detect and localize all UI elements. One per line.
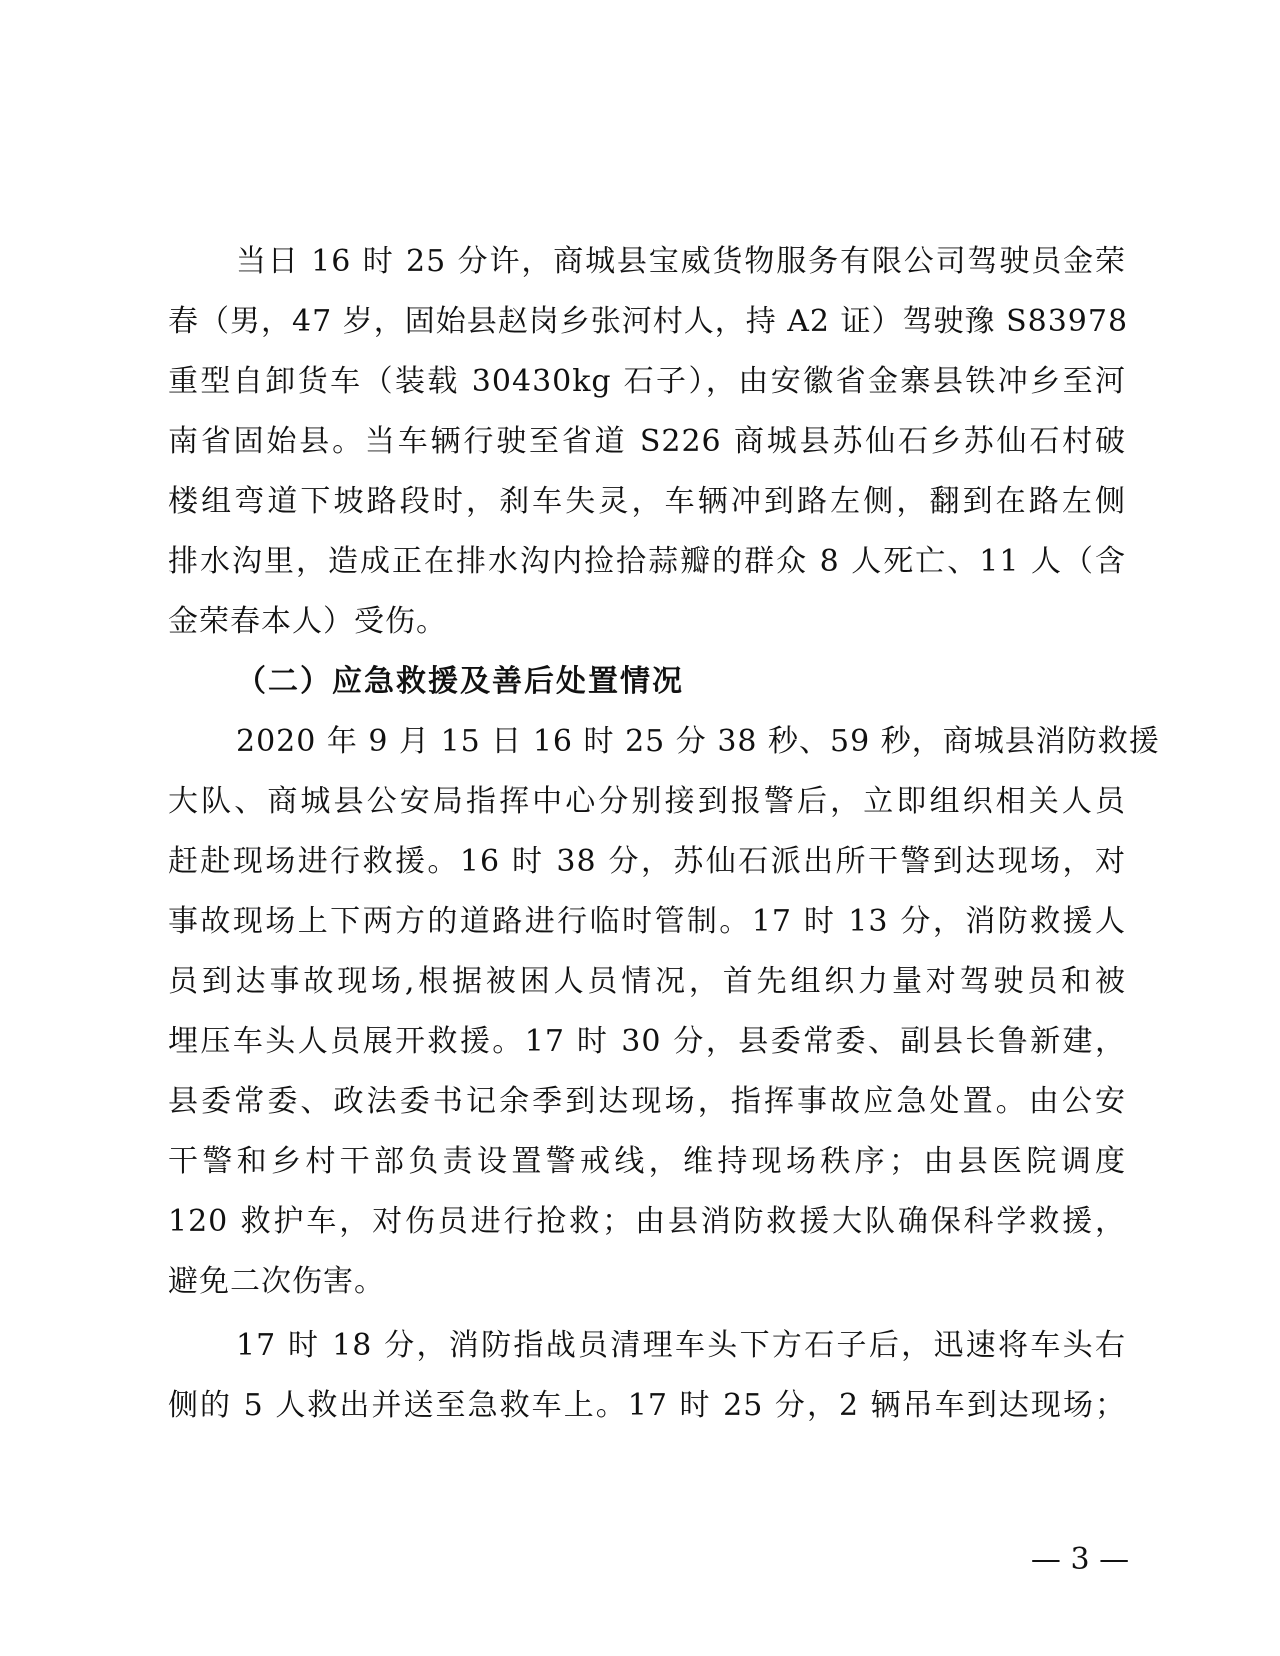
text-line: 赶赴现场进行救援。16 时 38 分，苏仙石派出所干警到达现场，对: [168, 832, 1126, 892]
text-line: 金荣春本人）受伤。: [168, 592, 1126, 652]
text-line: 排水沟里，造成正在排水沟内捡拾蒜瓣的群众 8 人死亡、11 人（含: [168, 532, 1126, 592]
text-line: 120 救护车，对伤员进行抢救；由县消防救援大队确保科学救援，: [168, 1192, 1126, 1252]
text-line: 春（男，47 岁，固始县赵岗乡张河村人，持 A2 证）驾驶豫 S83978: [168, 292, 1126, 352]
text-line: 当日 16 时 25 分许，商城县宝威货物服务有限公司驾驶员金荣: [168, 232, 1126, 292]
paragraph-rescue-continuation: 17 时 18 分，消防指战员清理车头下方石子后，迅速将车头右 侧的 5 人救出…: [168, 1316, 1126, 1436]
text-line: 县委常委、政法委书记余季到达现场，指挥事故应急处置。由公安: [168, 1072, 1126, 1132]
text-line: 员到达事故现场,根据被困人员情况，首先组织力量对驾驶员和被: [168, 952, 1126, 1012]
section-heading: （二）应急救援及善后处置情况: [168, 652, 1126, 712]
text-line: 避免二次伤害。: [168, 1252, 1126, 1312]
text-line: 2020 年 9 月 15 日 16 时 25 分 38 秒、59 秒，商城县消…: [168, 712, 1126, 772]
text-line: 楼组弯道下坡路段时，刹车失灵，车辆冲到路左侧，翻到在路左侧: [168, 472, 1126, 532]
text-line: 干警和乡村干部负责设置警戒线，维持现场秩序；由县医院调度: [168, 1132, 1126, 1192]
paragraph-accident-description: 当日 16 时 25 分许，商城县宝威货物服务有限公司驾驶员金荣 春（男，47 …: [168, 232, 1126, 652]
text-line: 17 时 18 分，消防指战员清理车头下方石子后，迅速将车头右: [168, 1316, 1126, 1376]
document-page: 当日 16 时 25 分许，商城县宝威货物服务有限公司驾驶员金荣 春（男，47 …: [0, 0, 1280, 1656]
text-line: 大队、商城县公安局指挥中心分别接到报警后，立即组织相关人员: [168, 772, 1126, 832]
text-line: 重型自卸货车（装载 30430kg 石子），由安徽省金寨县铁冲乡至河: [168, 352, 1126, 412]
text-line: 侧的 5 人救出并送至急救车上。17 时 25 分，2 辆吊车到达现场；: [168, 1376, 1126, 1436]
text-line: 南省固始县。当车辆行驶至省道 S226 商城县苏仙石乡苏仙石村破: [168, 412, 1126, 472]
text-line: 埋压车头人员展开救援。17 时 30 分，县委常委、副县长鲁新建，: [168, 1012, 1126, 1072]
section-heading-text: （二）应急救援及善后处置情况: [168, 652, 1126, 712]
text-line: 事故现场上下两方的道路进行临时管制。17 时 13 分，消防救援人: [168, 892, 1126, 952]
page-number: — 3 —: [1028, 1542, 1132, 1578]
document-body: 当日 16 时 25 分许，商城县宝威货物服务有限公司驾驶员金荣 春（男，47 …: [168, 232, 1126, 1436]
paragraph-emergency-rescue: 2020 年 9 月 15 日 16 时 25 分 38 秒、59 秒，商城县消…: [168, 712, 1126, 1312]
